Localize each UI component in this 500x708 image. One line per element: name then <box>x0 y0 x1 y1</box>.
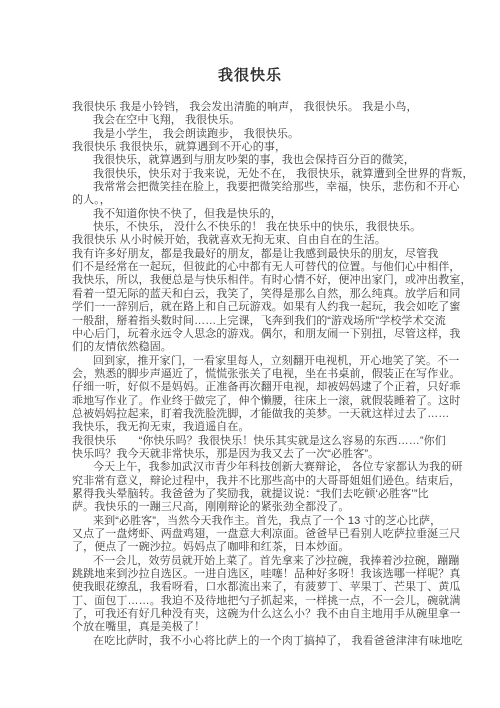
text-line: 一般甜，掰着指头数时间……上完课，飞奔到我们的“游戏场所”学校学术交流 <box>72 315 434 328</box>
text-line: 中心后门，玩着永远令人思念的游戏。偶尔，和朋友闹一下别扭，尽管这样，我 <box>72 328 434 341</box>
page-title: 我很快乐 <box>0 64 500 85</box>
text-line: 们不是经常在一起玩，但彼此的心中都有无人可替代的位置。与他们心中相伴， <box>72 261 434 274</box>
text-line: 的人。， <box>72 194 434 207</box>
text-line: 我快乐，所以，我便总是与快乐相伴。有时心情不好，便冲出家门，或冲出教室， <box>72 274 434 287</box>
text-line: 我是小学生， 我会朗读跑步， 我很快乐。 <box>72 128 434 141</box>
text-line: 来到“必胜客”，当然今天我作主。首先，我点了一个 13 寸的芝心比萨， <box>72 515 434 528</box>
text-line: 又点了一盘烤虾、两盘鸡翅，一盘意大利凉面。爸爸早已看别人吃萨拉垂涎三尺 <box>72 528 434 541</box>
text-line: 快乐，不快乐， 没什么不快乐的！ 我在快乐中的快乐，我很快乐。 <box>72 221 434 234</box>
text-line: 仔细一听，好似不是妈妈。正准备再次翻开电视，却被妈妈逮了个正着，只好乖 <box>72 381 434 394</box>
text-line: 了，可我还有好几种没有夹，这碗为什么这么小？我不由自主地用手从碗里拿一 <box>72 608 434 621</box>
text-line: 我很快乐 “你快乐吗？我很快乐！快乐其实就是这么容易的东西……”你们 <box>72 435 434 448</box>
text-line: 我很快乐 我很快乐，就算遇到不开心的事， <box>72 141 434 154</box>
text-line: 在吃比萨时，我不小心将比萨上的一个肉丁搞掉了， 我看爸爸津津有味地吃 <box>72 635 434 648</box>
text-line: 我很快乐，就算遇到与朋友吵架的事，我也会保持百分百的微笑， <box>72 154 434 167</box>
text-line: 了，便点了一碗沙拉。妈妈点了咖啡和红茶，日本炒面。 <box>72 541 434 554</box>
text-line: 个放在嘴里，真是美极了！ <box>72 621 434 634</box>
text-line: 今天上午，我参加武汉市青少年科技创新大赛辩论， 各位专家都认为我的研 <box>72 461 434 474</box>
text-line: 累得我头晕脑转。我爸爸为了奖励我，就提议说：“我们去吃顿‘必胜客’”比 <box>72 488 434 501</box>
text-line: 我很快乐，快乐对于我来说，无处不在， 我很快乐，就算遭到全世界的背叛， <box>72 168 434 181</box>
text-line: 不一会儿，效劳员就开始上菜了。首先拿来了沙拉碗，我捧着沙拉碗，蹦蹦 <box>72 555 434 568</box>
text-line: 我有许多好朋友，都是我最好的朋友，都是让我感到最快乐的朋友，尽管我 <box>72 248 434 261</box>
text-line: 丁、面包丁……。我迫不及待地把勺子抓起来，一样挑一点，不一会儿，碗就满 <box>72 595 434 608</box>
text-line: 学们一一辞别后，就在路上和自己玩游戏。如果有人约我一起玩，我会如吃了蜜 <box>72 301 434 314</box>
text-line: 萨。我快乐的一蹦三尺高，刚刚辩论的紧张劲全都没了。 <box>72 501 434 514</box>
text-line: 我快乐，我无拘无束，我逍遥自在。 <box>72 421 434 434</box>
text-line: 我会在空中飞翔， 我很快乐。 <box>72 114 434 127</box>
text-line: 会，熟悉的脚步声逼近了，慌慌张张关了电视，坐在书桌前，假装正在写作业。 <box>72 368 434 381</box>
text-line: 们的友情依然稳固。 <box>72 341 434 354</box>
text-line: 我不知道你快不快了，但我是快乐的， <box>72 208 434 221</box>
text-line: 我常常会把微笑挂在脸上，我要把微笑给那些，幸福，快乐，悲伤和不开心 <box>72 181 434 194</box>
text-line: 我很快乐 我是小铃铛， 我会发出清脆的响声， 我很快乐。 我是小鸟， <box>72 101 434 114</box>
document-body: 我很快乐 我是小铃铛， 我会发出清脆的响声， 我很快乐。 我是小鸟，我会在空中飞… <box>72 101 434 648</box>
text-line: 快乐吗？我今天就非常快乐，那是因为我又去了一次“必胜客”。 <box>72 448 434 461</box>
text-line: 我很快乐 从小时候开始，我就喜欢无拘无束、自由自在的生活。 <box>72 234 434 247</box>
text-line: 回到家，推开家门，一看家里每人，立刻翻开电视机，开心地笑了笑。不一 <box>72 355 434 368</box>
text-line: 乖地写作业了。作业终于做完了，伸个懒腰，往床上一滚，就假装睡着了。这时 <box>72 395 434 408</box>
text-line: 使我眼花缭乱，我看呀看，口水都流出来了，有菠萝丁、苹果丁、芒果丁、黄瓜 <box>72 581 434 594</box>
text-line: 看着一望无际的蓝天和白云，我笑了，笑得是那么自然，那么纯真。放学后和同 <box>72 288 434 301</box>
text-line: 跳跳地来到沙拉自选区。一进自选区，哇噻！品种好多呀！我该选哪一样呢？真 <box>72 568 434 581</box>
document-page: 我很快乐 我很快乐 我是小铃铛， 我会发出清脆的响声， 我很快乐。 我是小鸟，我… <box>0 0 500 708</box>
text-line: 总被妈妈拉起来，盯着我洗脸洗脚，才能做我的美梦。一天就这样过去了…… <box>72 408 434 421</box>
text-line: 究非常有意义，辩论过程中，我并不比那些高中的大哥哥姐姐们逊色。结束后， <box>72 475 434 488</box>
